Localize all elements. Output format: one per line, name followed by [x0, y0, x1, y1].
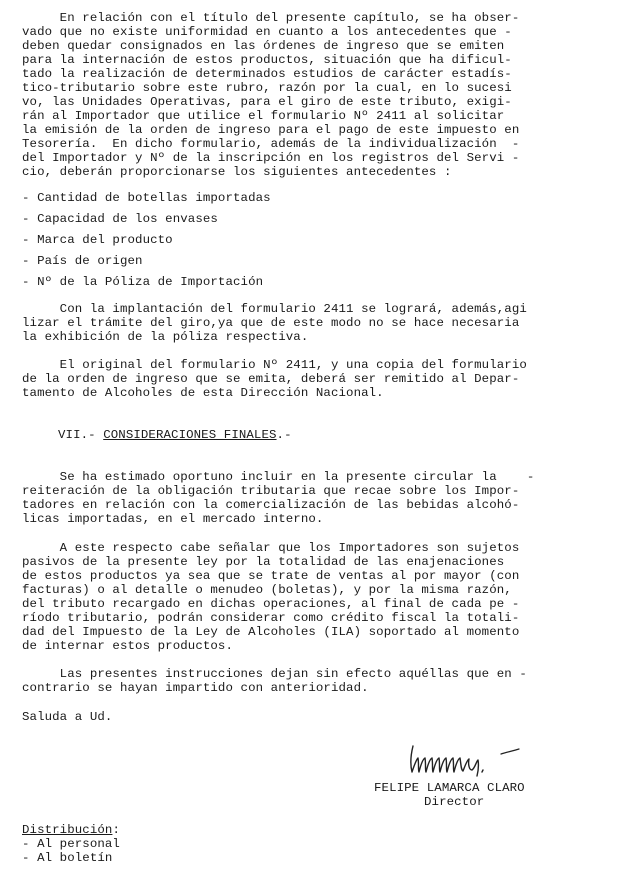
text-line: la exhibición de la póliza respectiva. [22, 330, 308, 344]
text-line: tamento de Alcoholes de esta Dirección N… [22, 386, 384, 400]
text-line: En relación con el título del presente c… [22, 11, 519, 25]
text-line: facturas) o al detalle o menudeo (boleta… [22, 583, 512, 597]
signatory-name: FELIPE LAMARCA CLARO [374, 781, 525, 795]
text-line: Se ha estimado oportuno incluir en la pr… [22, 470, 534, 484]
text-line: Tesorería. En dicho formulario, además d… [22, 137, 519, 151]
text-line: A este respecto cabe señalar que los Imp… [22, 541, 519, 555]
text-line: deben quedar consignados en las órdenes … [22, 39, 504, 53]
text-line: de estos productos ya sea que se trate d… [22, 569, 519, 583]
handwritten-signature-icon [405, 742, 535, 778]
list-item: - Capacidad de los envases [22, 212, 218, 226]
text-line: dad del Impuesto de la Ley de Alcoholes … [22, 625, 519, 639]
text-line: vado que no existe uniformidad en cuanto… [22, 25, 512, 39]
text-line: del tributo recargado en dichas operacio… [22, 597, 519, 611]
text-line: pasivos de la presente ley por la totali… [22, 555, 504, 569]
text-line: vo, las Unidades Operativas, para el gir… [22, 95, 512, 109]
text-line: ríodo tributario, podrán considerar como… [22, 611, 519, 625]
distribution-heading-text: Distribución [22, 823, 112, 837]
text-line: del Importador y Nº de la inscripción en… [22, 151, 519, 165]
text-line: tico-tributario sobre este rubro, razón … [22, 81, 512, 95]
text-line: licas importadas, en el mercado interno. [22, 512, 323, 526]
text-line: rán al Importador que utilice el formula… [22, 109, 504, 123]
text-line: lizar el trámite del giro,ya que de este… [22, 316, 519, 330]
text-line: de internar estos productos. [22, 639, 233, 653]
list-item: - Cantidad de botellas importadas [22, 191, 271, 205]
distribution-heading-colon: : [112, 823, 120, 837]
text-line: tado la realización de determinados estu… [22, 67, 512, 81]
text-line: Las presentes instrucciones dejan sin ef… [22, 667, 527, 681]
text-line: para la internación de estos productos, … [22, 53, 512, 67]
text-line: de la orden de ingreso que se emita, deb… [22, 372, 519, 386]
text-line: Con la implantación del formulario 2411 … [22, 302, 527, 316]
document-page: En relación con el título del presente c… [0, 0, 630, 883]
section-title: CONSIDERACIONES FINALES [103, 428, 276, 442]
text-line: El original del formulario Nº 2411, y un… [22, 358, 527, 372]
text-line: tadores en relación con la comercializac… [22, 498, 519, 512]
section-number: VII.- [58, 428, 103, 442]
section-heading: VII.- CONSIDERACIONES FINALES.- [58, 428, 292, 442]
closing: Saluda a Ud. [22, 710, 112, 724]
text-line: la emisión de la orden de ingreso para e… [22, 123, 519, 137]
distribution-item: - Al boletín [22, 851, 112, 865]
text-line: reiteración de la obligación tributaria … [22, 484, 519, 498]
text-line: contrario se hayan impartido con anterio… [22, 681, 369, 695]
list-item: - Marca del producto [22, 233, 173, 247]
list-item: - País de origen [22, 254, 143, 268]
distribution-item: - Al personal [22, 837, 120, 851]
section-suffix: .- [277, 428, 292, 442]
text-line: cio, deberán proporcionarse los siguient… [22, 165, 452, 179]
distribution-heading: Distribución: [22, 823, 120, 837]
signatory-title: Director [424, 795, 484, 809]
list-item: - Nº de la Póliza de Importación [22, 275, 263, 289]
